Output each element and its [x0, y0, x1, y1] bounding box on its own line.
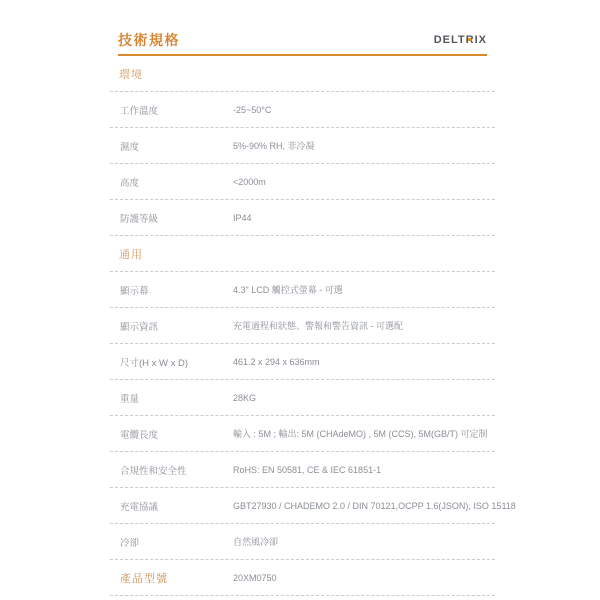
logo-text-left: DELT	[434, 35, 466, 46]
row-label: 產品型號	[110, 570, 233, 586]
row-value: 461.2 x 294 x 636mm	[233, 357, 495, 367]
row-value: GBT27930 / CHADEMO 2.0 / DIN 70121,OCPP …	[233, 501, 516, 511]
table-row-weight: 重量 28KG	[110, 380, 495, 416]
row-value: 28KG	[233, 393, 495, 403]
logo-text-right: IX	[475, 35, 487, 46]
table-row-cooling: 冷卻 自然風冷卻	[110, 524, 495, 560]
row-label: 充電協議	[110, 499, 233, 513]
row-value: 4.3" LCD 觸控式螢幕 - 可選	[233, 283, 495, 296]
row-value: 輸入 : 5M ; 輸出: 5M (CHAdeMO) , 5M (CCS), 5…	[233, 427, 495, 440]
table-row-compliance-safety: 合規性和安全性 RoHS: EN 50581, CE & IEC 61851-1	[110, 452, 495, 488]
row-label: 高度	[110, 175, 233, 189]
table-row-humidity: 濕度 5%-90% RH, 非冷凝	[110, 128, 495, 164]
page-header: 技術規格 DELTRIX	[118, 28, 487, 56]
section-header-general: 通用	[110, 236, 495, 272]
table-row-cable-length: 電纜長度 輸入 : 5M ; 輸出: 5M (CHAdeMO) , 5M (CC…	[110, 416, 495, 452]
row-label: 電纜長度	[110, 427, 233, 441]
row-value: 自然風冷卻	[233, 535, 495, 548]
spec-content: 技術規格 DELTRIX 環境 工作溫度 -25~50°C 濕度 5%-90% …	[110, 28, 495, 596]
table-row-display: 顯示幕 4.3" LCD 觸控式螢幕 - 可選	[110, 272, 495, 308]
table-row-product-model: 產品型號 20XM0750	[110, 560, 495, 596]
table-row-dimensions: 尺寸(H x W x D) 461.2 x 294 x 636mm	[110, 344, 495, 380]
row-value: IP44	[233, 213, 495, 223]
section-title: 通用	[110, 246, 143, 262]
row-value: 5%-90% RH, 非冷凝	[233, 139, 495, 152]
logo-letter-r: R	[466, 35, 475, 46]
section-title: 環境	[110, 66, 143, 82]
row-label: 顯示資訊	[110, 319, 233, 333]
row-label: 冷卻	[110, 535, 233, 549]
row-value: RoHS: EN 50581, CE & IEC 61851-1	[233, 465, 495, 475]
row-value: <2000m	[233, 177, 495, 187]
row-label: 合規性和安全性	[110, 463, 233, 477]
row-label: 濕度	[110, 139, 233, 153]
row-value: 充電過程和狀態、警報和警告資訊 - 可選配	[233, 319, 495, 332]
row-label: 顯示幕	[110, 283, 233, 297]
row-label: 重量	[110, 391, 233, 405]
table-row-altitude: 高度 <2000m	[110, 164, 495, 200]
spec-sheet-page: 技術規格 DELTRIX 環境 工作溫度 -25~50°C 濕度 5%-90% …	[0, 0, 600, 600]
section-header-environment: 環境	[110, 56, 495, 92]
table-row-protection-rating: 防護等級 IP44	[110, 200, 495, 236]
page-title: 技術規格	[118, 30, 180, 50]
row-label: 尺寸(H x W x D)	[110, 355, 233, 369]
row-label: 防護等級	[110, 211, 233, 225]
table-row-display-info: 顯示資訊 充電過程和狀態、警報和警告資訊 - 可選配	[110, 308, 495, 344]
table-row-charging-protocol: 充電協議 GBT27930 / CHADEMO 2.0 / DIN 70121,…	[110, 488, 495, 524]
table-row-operating-temperature: 工作溫度 -25~50°C	[110, 92, 495, 128]
row-label: 工作溫度	[110, 103, 233, 117]
deltrix-logo: DELTRIX	[434, 35, 487, 46]
row-value: -25~50°C	[233, 105, 495, 115]
row-value: 20XM0750	[233, 573, 495, 583]
